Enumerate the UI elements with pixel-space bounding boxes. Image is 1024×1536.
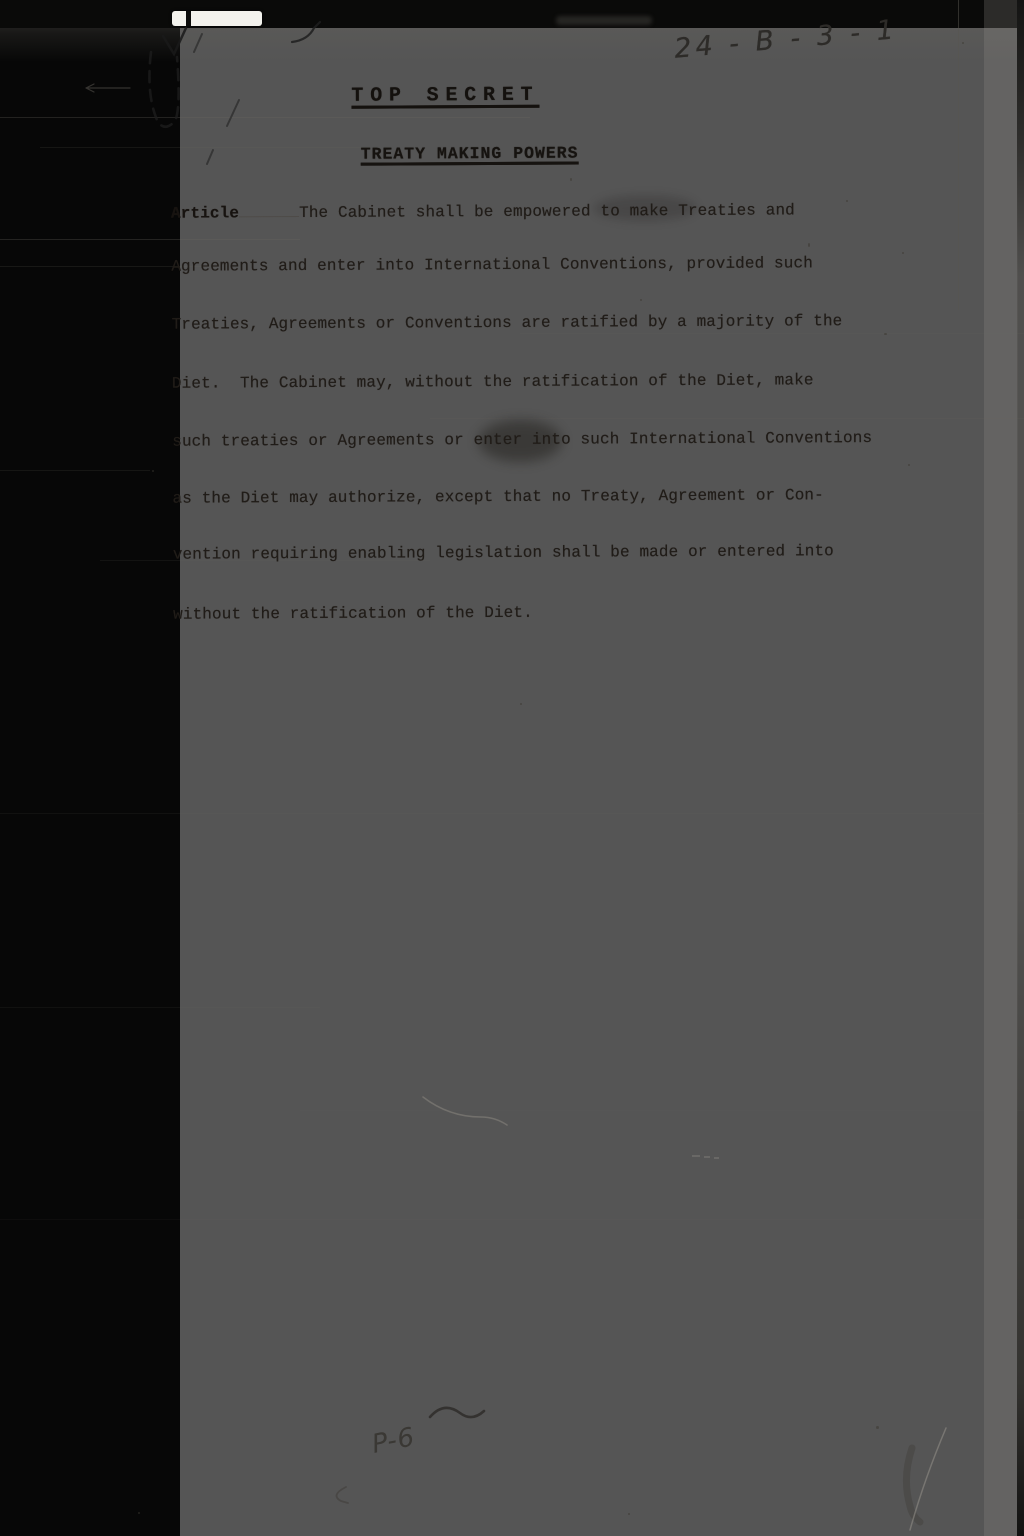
document-title: TREATY MAKING POWERS	[361, 144, 579, 164]
body-line: without the ratification of the Diet.	[173, 604, 533, 624]
typed-content: TOP SECRET TREATY MAKING POWERS ArticleT…	[0, 0, 1024, 1536]
body-text: The Cabinet shall be empowered to make T…	[299, 201, 795, 222]
body-line: vention requiring enabling legislation s…	[173, 542, 834, 563]
body-line: Agreements and enter into International …	[171, 254, 813, 275]
body-line: as the Diet may authorize, except that n…	[172, 486, 823, 507]
article-number-blank	[239, 200, 299, 217]
body-line: Diet. The Cabinet may, without the ratif…	[172, 371, 814, 392]
classification-heading: TOP SECRET	[351, 84, 539, 108]
body-line: such treaties or Agreements or enter int…	[172, 429, 872, 451]
article-label: Article	[171, 204, 239, 222]
scanned-document-page: TOP SECRET TREATY MAKING POWERS ArticleT…	[0, 0, 1024, 1536]
body-line: Treaties, Agreements or Conventions are …	[172, 312, 843, 334]
body-line: ArticleThe Cabinet shall be empowered to…	[171, 197, 795, 222]
